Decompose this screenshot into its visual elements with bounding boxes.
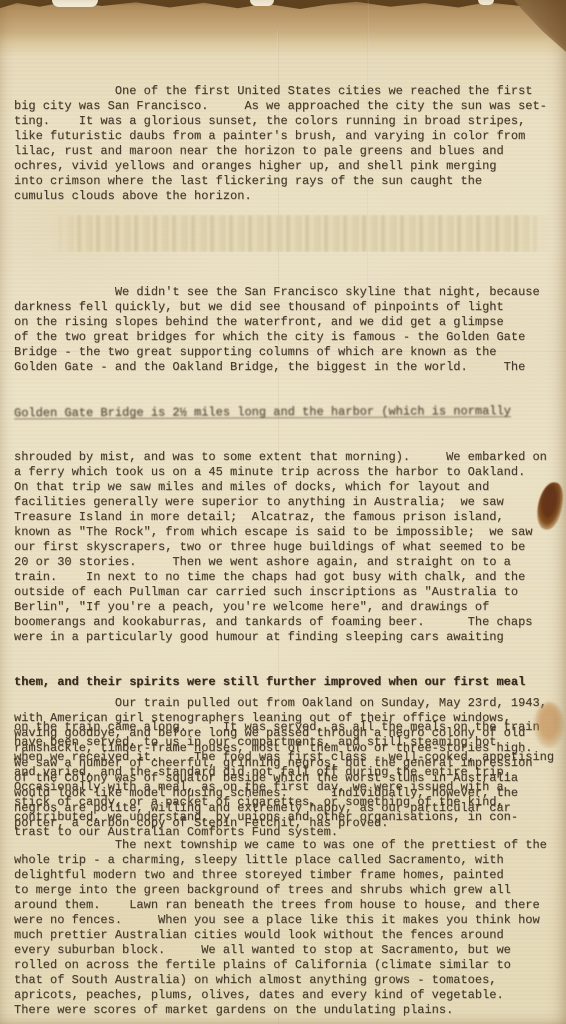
paragraph-text-segment: We didn't see the San Francisco skyline …	[14, 285, 562, 375]
scanned-letter-page: One of the first United States cities we…	[0, 0, 566, 1024]
torn-edge-notch	[478, 0, 494, 5]
paragraph-oakland-departure: Our train pulled out from Oakland on Sun…	[14, 696, 562, 831]
overstruck-typewritten-line: them, and their spirits were still furth…	[14, 675, 562, 690]
ink-smear-band	[52, 215, 552, 252]
torn-edge-notch	[250, 0, 274, 6]
paper-top-darkened-band	[0, 0, 566, 56]
paragraph-san-francisco-sunset: One of the first United States cities we…	[14, 84, 562, 204]
blurred-typewritten-line: Golden Gate Bridge is 2½ miles long and …	[14, 404, 562, 421]
faint-tan-stain	[534, 702, 564, 748]
paragraph-text-segment: shrouded by mist, and was to some extent…	[14, 450, 562, 645]
torn-edge-notch	[52, 0, 98, 7]
paragraph-sacramento: The next township we came to was one of …	[14, 838, 562, 1018]
